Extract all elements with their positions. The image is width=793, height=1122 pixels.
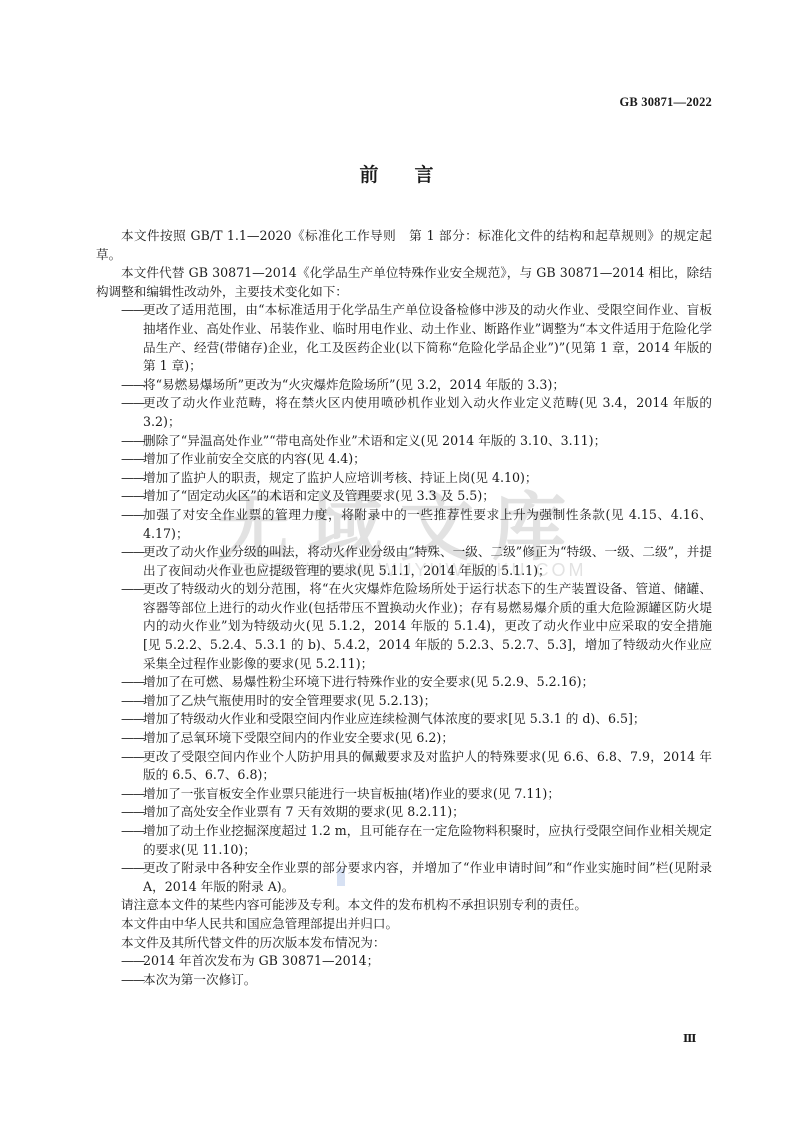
dash-bullet: —— — [121, 710, 143, 729]
change-item: ——增加了特级动火作业和受限空间内作业应连续检测气体浓度的要求[见 5.3.1 … — [96, 710, 712, 729]
change-item: ——更改了特级动火的划分范围，将“在火灾爆炸危险场所处于运行状态下的生产装置设备… — [96, 580, 712, 673]
standard-code: GB 30871—2022 — [619, 95, 712, 110]
change-item: ——更改了附录中各种安全作业票的部分要求内容，并增加了“作业申请时间”和“作业实… — [96, 859, 712, 896]
dash-bullet: —— — [121, 376, 143, 395]
dash-bullet: —— — [121, 673, 143, 692]
change-item: ——增加了“固定动火区”的术语和定义及管理要求(见 3.3 及 5.5)； — [96, 487, 712, 506]
dash-bullet: —— — [121, 469, 143, 488]
dash-bullet: —— — [121, 487, 143, 506]
foreword-body: 本文件按照 GB/T 1.1—2020《标准化工作导则 第 1 部分：标准化文件… — [96, 227, 712, 989]
change-item: ——更改了受限空间内作业个人防护用具的佩戴要求及对监护人的特殊要求(见 6.6、… — [96, 748, 712, 785]
dash-bullet: —— — [121, 692, 143, 711]
dash-bullet: —— — [121, 432, 143, 451]
dash-bullet: —— — [121, 580, 143, 599]
page-title: 前言 — [0, 160, 793, 187]
change-item: ——增加了乙炔气瓶使用时的安全管理要求(见 5.2.13)； — [96, 692, 712, 711]
change-item: ——增加了作业前安全交底的内容(见 4.4)； — [96, 450, 712, 469]
dash-bullet: —— — [121, 822, 143, 841]
change-item: ——增加了动土作业挖掘深度超过 1.2 m，且可能存在一定危险物料积聚时，应执行… — [96, 822, 712, 859]
change-item: ——更改了适用范围，由“本标准适用于化学品生产单位设备检修中涉及的动火作业、受限… — [96, 301, 712, 375]
dash-bullet: —— — [121, 394, 143, 413]
dash-bullet: —— — [121, 803, 143, 822]
change-list: ——更改了适用范围，由“本标准适用于化学品生产单位设备检修中涉及的动火作业、受限… — [96, 301, 712, 896]
change-item: ——更改了动火作业分级的叫法，将动火作业分级由“特殊、一级、二级”修正为“特级、… — [96, 543, 712, 580]
change-item: ——加强了对安全作业票的管理力度，将附录中的一些推荐性要求上升为强制性条款(见 … — [96, 506, 712, 543]
change-item: ——将“易燃易爆场所”更改为“火灾爆炸危险场所”(见 3.2，2014 年版的 … — [96, 376, 712, 395]
dash-bullet: —— — [121, 748, 143, 767]
change-item: ——增加了高处安全作业票有 7 天有效期的要求(见 8.2.11)； — [96, 803, 712, 822]
dash-bullet: —— — [121, 859, 143, 878]
history-item: ——2014 年首次发布为 GB 30871—2014； — [96, 952, 712, 971]
dash-bullet: —— — [121, 952, 143, 971]
change-item: ——删除了“异温高处作业”“带电高处作业”术语和定义(见 2014 年版的 3.… — [96, 432, 712, 451]
history-list: ——2014 年首次发布为 GB 30871—2014； ——本次为第一次修订。 — [96, 952, 712, 989]
change-item: ——增加了监护人的职责，规定了监护人应培训考核、持证上岗(见 4.10)； — [96, 469, 712, 488]
dash-bullet: —— — [121, 301, 143, 320]
change-item: ——更改了动火作业范畴，将在禁火区内使用喷砂机作业划入动火作业定义范畴(见 3.… — [96, 394, 712, 431]
dash-bullet: —— — [121, 506, 143, 525]
change-item: ——增加了忌氧环境下受限空间内的作业安全要求(见 6.2)； — [96, 729, 712, 748]
dash-bullet: —— — [121, 450, 143, 469]
page-number: Ⅲ — [683, 1032, 695, 1045]
patent-notice: 请注意本文件的某些内容可能涉及专利。本文件的发布机构不承担识别专利的责任。 — [96, 896, 712, 915]
change-item: ——增加了在可燃、易爆性粉尘环境下进行特殊作业的安全要求(见 5.2.9、5.2… — [96, 673, 712, 692]
dash-bullet: —— — [121, 971, 143, 990]
title-char-1: 前 — [359, 164, 378, 186]
dash-bullet: —— — [121, 785, 143, 804]
intro-paragraph: 本文件按照 GB/T 1.1—2020《标准化工作导则 第 1 部分：标准化文件… — [96, 227, 712, 264]
dash-bullet: —— — [121, 543, 143, 562]
title-char-2: 言 — [415, 164, 434, 186]
proposer-statement: 本文件由中华人民共和国应急管理部提出并归口。 — [96, 915, 712, 934]
history-item: ——本次为第一次修订。 — [96, 971, 712, 990]
dash-bullet: —— — [121, 729, 143, 748]
change-item: ——增加了一张盲板安全作业票只能进行一块盲板抽(堵)作业的要求(见 7.11)； — [96, 785, 712, 804]
intro-paragraph: 本文件代替 GB 30871—2014《化学品生产单位特殊作业安全规范》，与 G… — [96, 264, 712, 301]
history-intro: 本文件及其所代替文件的历次版本发布情况为： — [96, 934, 712, 953]
